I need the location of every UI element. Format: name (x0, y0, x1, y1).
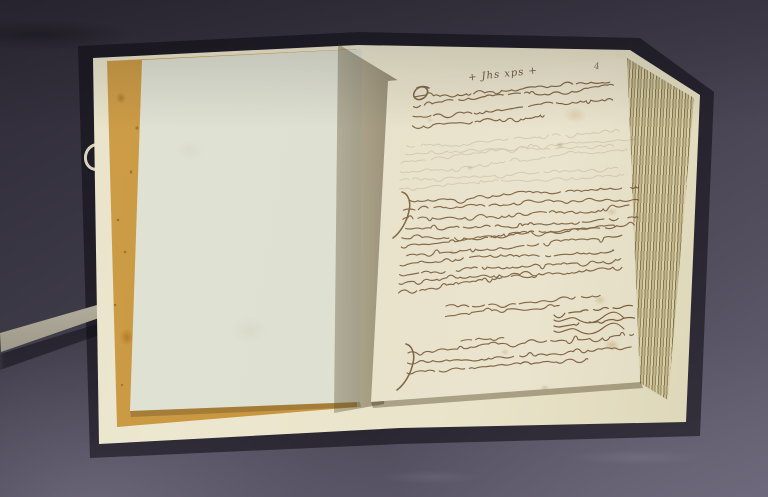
photo-vignette (0, 0, 768, 497)
photograph-of-manuscript-book: + Jhs xps + 4 (0, 0, 768, 497)
